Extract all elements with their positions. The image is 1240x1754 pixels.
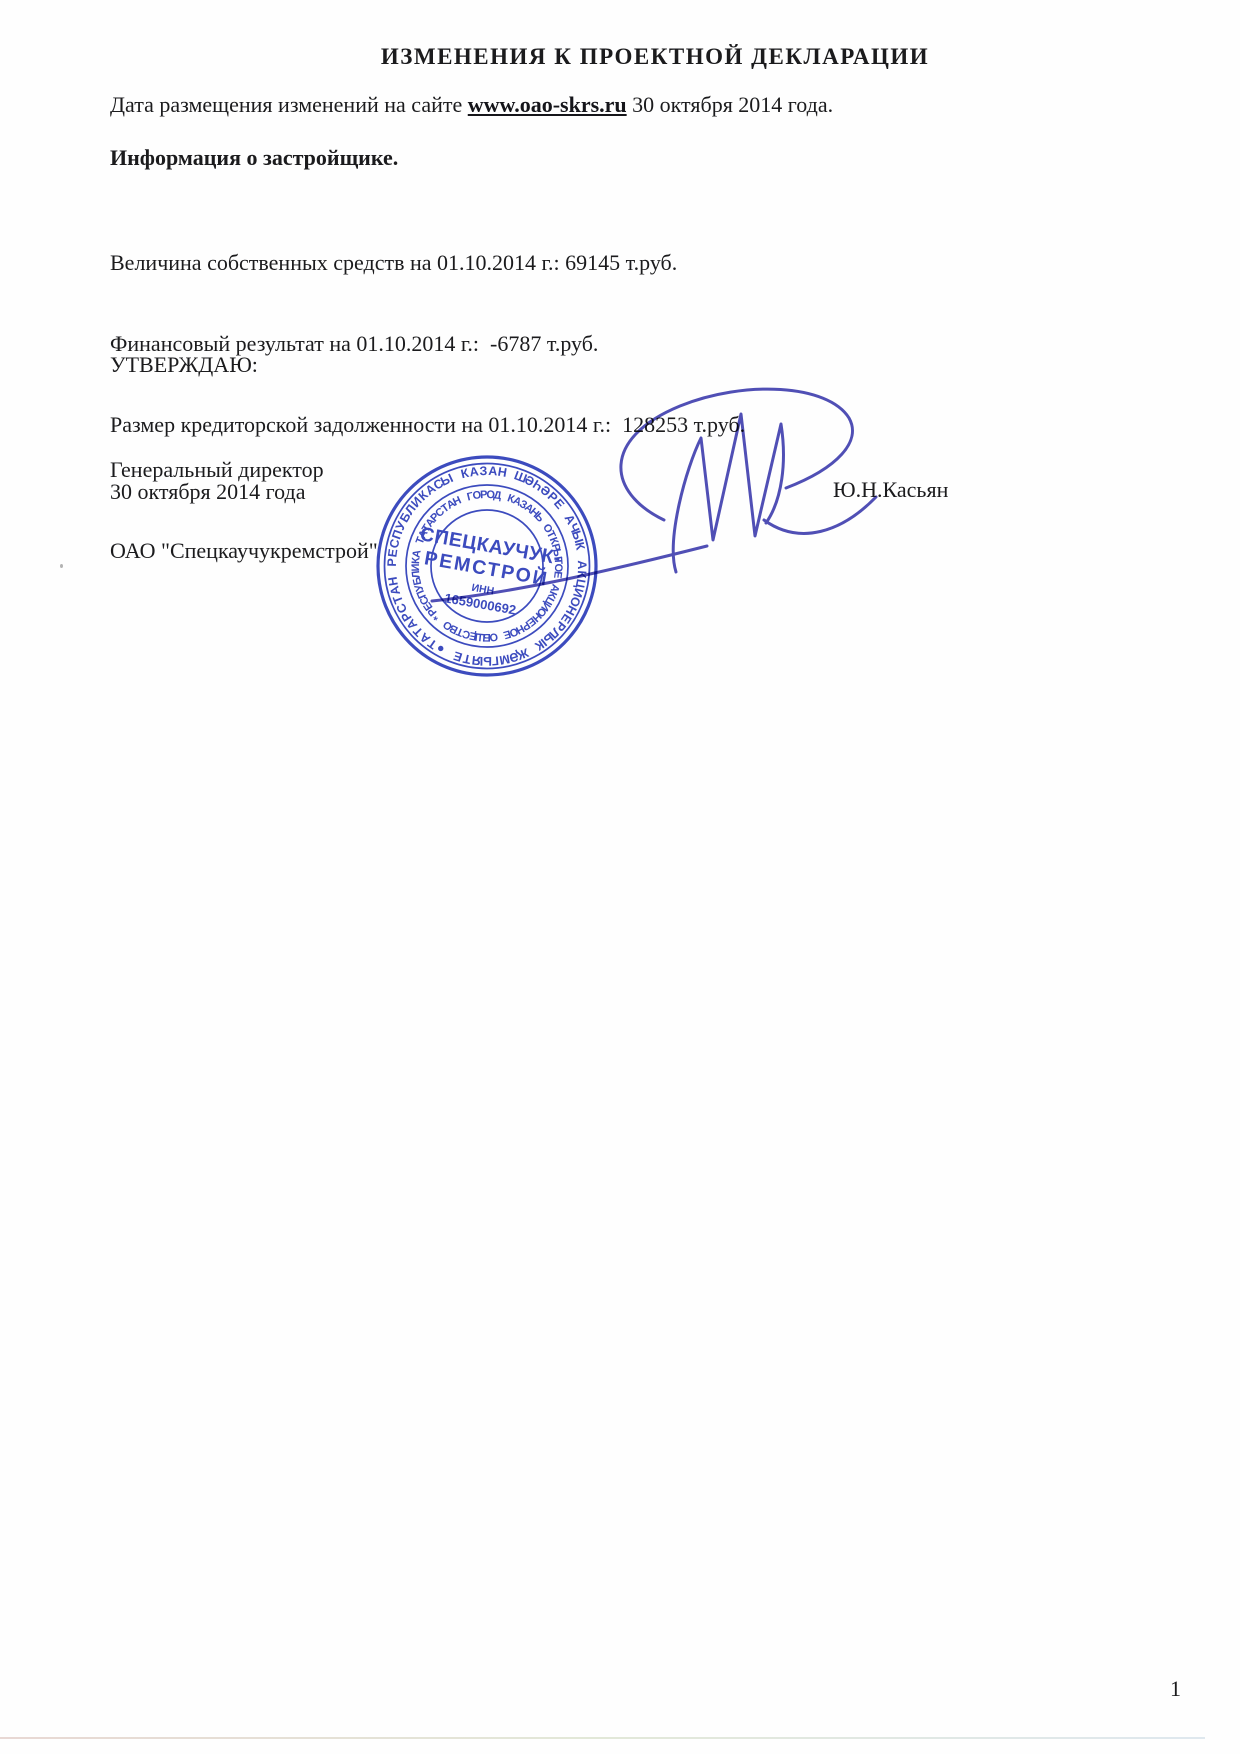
- publication-date-line: Дата размещения изменений на сайте www.o…: [110, 92, 833, 118]
- section-heading-developer-info: Информация о застройщике.: [110, 145, 398, 171]
- signature-cross-stroke: [432, 546, 707, 601]
- company-name: ОАО "Спецкаучукремстрой": [110, 537, 378, 564]
- scan-speck: [60, 564, 63, 568]
- website-link: www.oao-skrs.ru: [468, 92, 627, 117]
- signature: [420, 378, 890, 613]
- approval-date: 30 октября 2014 года: [110, 479, 305, 505]
- signature-oval-stroke: [621, 389, 853, 520]
- signature-tail-stroke: [764, 497, 876, 533]
- publication-date-suffix: 30 октября 2014 года.: [627, 92, 833, 117]
- svg-text:Н: Н: [386, 576, 401, 587]
- svg-text:Е: Е: [452, 648, 464, 664]
- signature-strokes: [432, 389, 876, 601]
- scan-artifact-line: [0, 1737, 1205, 1739]
- svg-text:Р: Р: [385, 558, 399, 567]
- approve-label: УТВЕРЖДАЮ:: [110, 352, 258, 378]
- signer-position-block: Генеральный директор ОАО "Спецкаучукремс…: [110, 402, 378, 618]
- signature-zigzag-stroke: [673, 414, 783, 572]
- scanned-document-page: ИЗМЕНЕНИЯ К ПРОЕКТНОЙ ДЕКЛАРАЦИИ Дата ра…: [0, 0, 1240, 1754]
- document-title: ИЗМЕНЕНИЯ К ПРОЕКТНОЙ ДЕКЛАРАЦИИ: [150, 44, 1160, 70]
- page-number: 1: [1170, 1676, 1181, 1702]
- publication-date-prefix: Дата размещения изменений на сайте: [110, 92, 468, 117]
- own-funds-line: Величина собственных средств на 01.10.20…: [110, 249, 745, 276]
